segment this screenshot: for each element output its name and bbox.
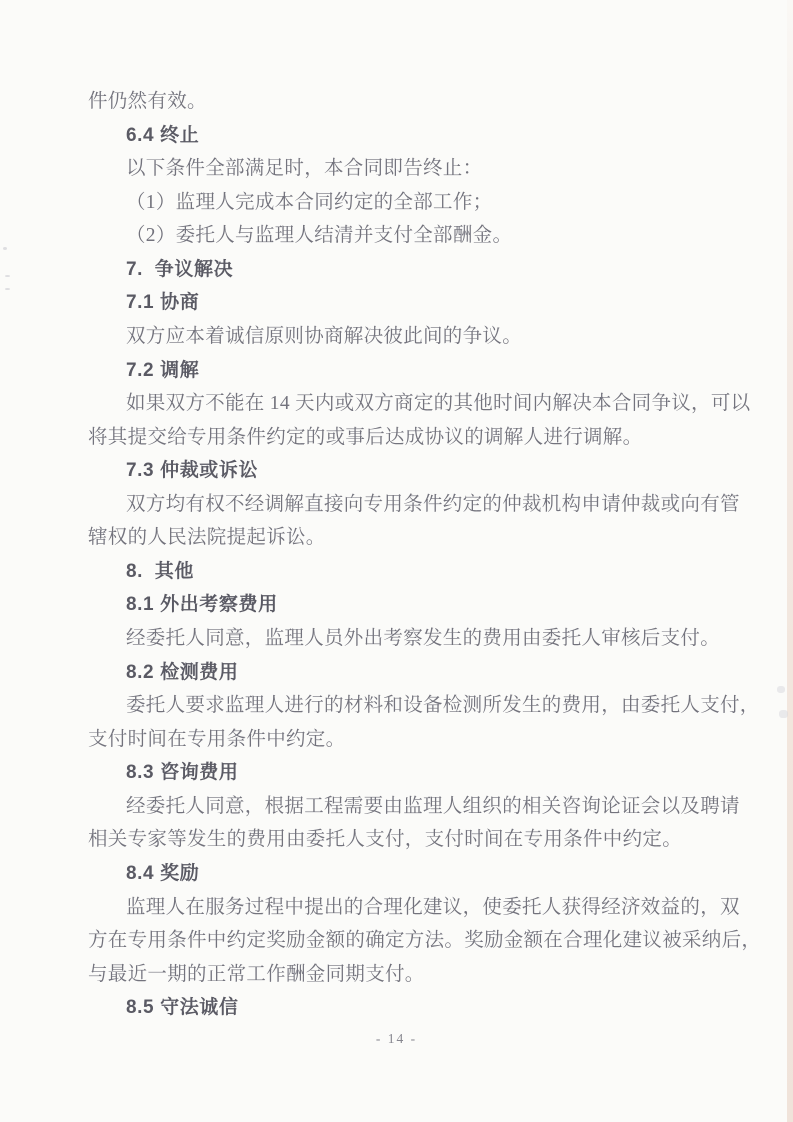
body-line: 委托人要求监理人进行的材料和设备检测所发生的费用，由委托人支付， bbox=[88, 689, 748, 723]
heading-7-3-arbitration: 7.3 仲裁或诉讼 bbox=[88, 454, 748, 488]
scanned-contract-page: 件仍然有效。 6.4 终止 以下条件全部满足时，本合同即告终止： （1）监理人完… bbox=[0, 0, 793, 1122]
body-line: 以下条件全部满足时，本合同即告终止： bbox=[88, 152, 748, 186]
scan-speck bbox=[5, 275, 10, 277]
scan-smudge bbox=[779, 710, 788, 718]
heading-7-2-mediation: 7.2 调解 bbox=[88, 354, 748, 388]
heading-7-dispute: 7. 争议解决 bbox=[88, 253, 748, 287]
list-item-2: （2）委托人与监理人结清并支付全部酬金。 bbox=[88, 219, 748, 253]
heading-8-4-reward: 8.4 奖励 bbox=[88, 857, 748, 891]
body-line: 与最近一期的正常工作酬金同期支付。 bbox=[88, 958, 748, 992]
heading-8-2-testing-fees: 8.2 检测费用 bbox=[88, 656, 748, 690]
heading-8-5-integrity: 8.5 守法诚信 bbox=[88, 991, 748, 1025]
body-line: 双方均有权不经调解直接向专用条件约定的仲裁机构申请仲裁或向有管 bbox=[88, 488, 748, 522]
list-item-1: （1）监理人完成本合同约定的全部工作； bbox=[88, 186, 748, 220]
heading-8-misc: 8. 其他 bbox=[88, 555, 748, 589]
body-line: 将其提交给专用条件约定的或事后达成协议的调解人进行调解。 bbox=[88, 421, 748, 455]
body-line: 如果双方不能在 14 天内或双方商定的其他时间内解决本合同争议，可以 bbox=[88, 387, 748, 421]
body-line-continuation: 件仍然有效。 bbox=[88, 85, 748, 119]
document-body: 件仍然有效。 6.4 终止 以下条件全部满足时，本合同即告终止： （1）监理人完… bbox=[88, 85, 748, 1025]
scan-speck bbox=[5, 288, 10, 290]
body-line: 辖权的人民法院提起诉讼。 bbox=[88, 521, 748, 555]
scan-edge-shadow bbox=[787, 0, 793, 1122]
body-line: 经委托人同意，根据工程需要由监理人组织的相关咨询论证会以及聘请 bbox=[88, 790, 748, 824]
scan-smudge bbox=[777, 686, 785, 693]
page-number: - 14 - bbox=[0, 1031, 793, 1047]
heading-7-1-negotiation: 7.1 协商 bbox=[88, 286, 748, 320]
body-line: 相关专家等发生的费用由委托人支付，支付时间在专用条件中约定。 bbox=[88, 823, 748, 857]
body-line: 双方应本着诚信原则协商解决彼此间的争议。 bbox=[88, 320, 748, 354]
scan-speck bbox=[3, 247, 7, 250]
body-line: 方在专用条件中约定奖励金额的确定方法。奖励金额在合理化建议被采纳后， bbox=[88, 924, 748, 958]
body-line: 经委托人同意，监理人员外出考察发生的费用由委托人审核后支付。 bbox=[88, 622, 748, 656]
heading-6-4-termination: 6.4 终止 bbox=[88, 119, 748, 153]
heading-8-1-travel-fees: 8.1 外出考察费用 bbox=[88, 588, 748, 622]
heading-8-3-consulting-fees: 8.3 咨询费用 bbox=[88, 756, 748, 790]
body-line: 支付时间在专用条件中约定。 bbox=[88, 723, 748, 757]
body-line: 监理人在服务过程中提出的合理化建议，使委托人获得经济效益的，双 bbox=[88, 891, 748, 925]
